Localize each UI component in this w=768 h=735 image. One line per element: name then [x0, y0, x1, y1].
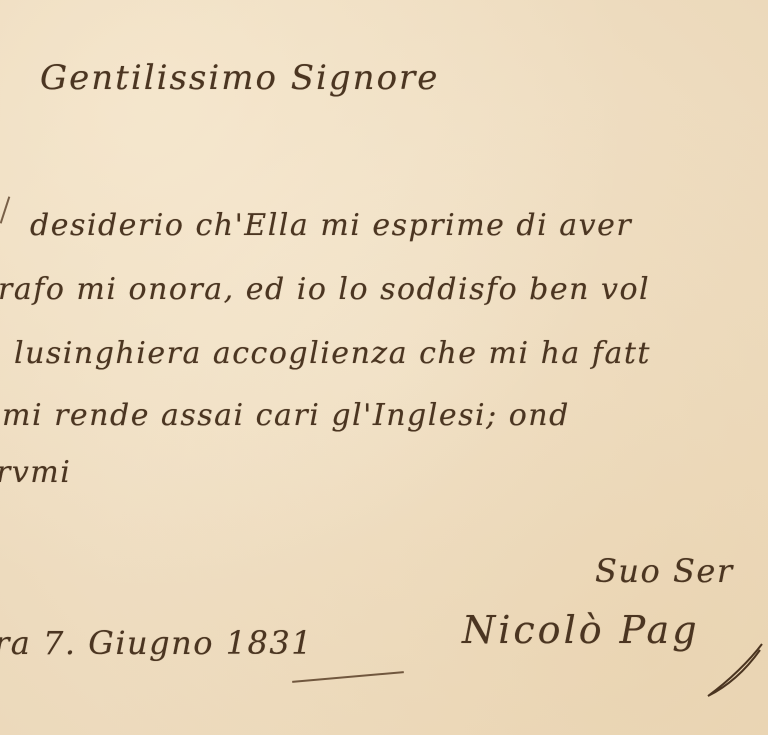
body-line-5: rvmi — [0, 455, 71, 490]
date-line: ra 7. Giugno 1831 — [0, 624, 313, 662]
date-underline — [292, 671, 404, 683]
body-line-3: lusinghiera accoglienza che mi ha fatt — [14, 336, 651, 371]
body-line-1: desiderio ch'Ella mi esprime di aver — [30, 208, 632, 243]
body-line-2: rafo mi onora, ed io lo soddisfo ben vol — [0, 272, 650, 307]
body-line-4: mi rende assai cari gl'Inglesi; ond — [2, 398, 570, 433]
closing: Suo Ser — [595, 552, 734, 590]
letter-paper: Gentilissimo Signore desiderio ch'Ella m… — [0, 0, 768, 735]
signature: Nicolò Pag — [462, 608, 700, 652]
ink-stroke — [0, 196, 10, 223]
salutation: Gentilissimo Signore — [40, 58, 439, 98]
signature-flourish-icon — [700, 640, 768, 700]
